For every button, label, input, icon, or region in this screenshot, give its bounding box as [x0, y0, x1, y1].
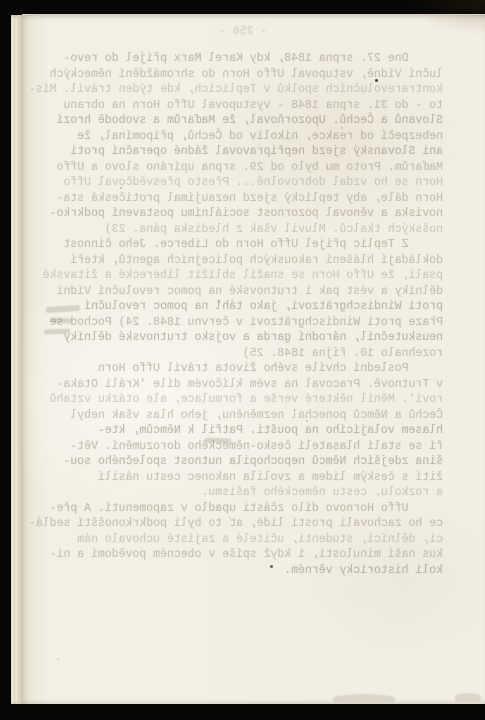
bleed-line: Maďarům. Proto mu bylo od 29. srpna upír…: [43, 160, 443, 176]
bleed-line: dokládají hlášení rakouských policejních…: [43, 253, 443, 269]
ink-speck: [341, 127, 343, 129]
bleed-line: šina zdejších Němců nepochopila nutnost …: [43, 454, 443, 470]
bleed-line: dělníky a vést pak i trutnovské na pomoc…: [43, 284, 443, 300]
ink-speck: [306, 420, 308, 422]
bleed-line: rozehnalo 10. října 1848. 25): [43, 346, 443, 362]
bleed-line: Praze proti Windischgrätzovi v červnu 18…: [43, 315, 443, 331]
bleed-paragraph: Z Teplic přijel Uffo Horn do Liberce. Je…: [43, 237, 443, 361]
bleed-line: koli historicky věrném.: [43, 563, 443, 579]
bleed-line: neuskutečnil, národní garda a vojsko tru…: [43, 330, 443, 346]
bleed-line: žití s českým lidem a zvolila nakonec ce…: [43, 470, 443, 486]
bleed-line: luční Vídně, vstupoval Uffo Horn do shro…: [43, 67, 443, 83]
bleed-line: kontrarevolučních spolků v Teplicích, kd…: [43, 82, 443, 98]
bleed-line: Čechů a Němců ponechal nezměněnu, jeho h…: [43, 408, 443, 424]
ink-speck: [375, 79, 378, 82]
bleed-line: Dne 27. srpna 1848, kdy Karel Marx přije…: [43, 51, 443, 67]
page-bottom-bump: [333, 694, 395, 703]
bleed-line: v Trutnově. Pracoval na svém klíčovém dí…: [43, 377, 443, 393]
bleed-line: kus naší minulosti, i když spíše v obecn…: [43, 547, 443, 563]
bleed-line: ci, dělníci, studenti, učitelé a zajisté…: [43, 532, 443, 548]
bleed-line: to - do 31. srpna 1848 - vystupoval Uffo…: [43, 98, 443, 114]
bleedthrough-text: Dne 27. srpna 1848, kdy Karel Marx přije…: [43, 51, 443, 578]
pencil-smudge: [50, 317, 72, 323]
bleed-line: hlasem volajícího na poušti. Patřil k Ně…: [43, 423, 443, 439]
page-sheet: - 256 - Dne 27. srpna 1848, kdy Karel Ma…: [22, 14, 485, 704]
bleed-line: proti Windischgrätzovi, jako táhl na pom…: [43, 299, 443, 315]
bleed-line: ce ho zachovali prostí lidé, ať to byli …: [43, 516, 443, 532]
ink-speck: [57, 658, 59, 660]
bleed-line: nošských tkalců. Mluvil však z hlediska …: [43, 222, 443, 238]
bleed-line: Horn dále, aby teplický sjezd nezaujímal…: [43, 191, 443, 207]
bleed-line: Z Teplic přijel Uffo Horn do Liberce. Je…: [43, 237, 443, 253]
bleed-line: noviska a věnoval pozornost sociálnímu p…: [43, 206, 443, 222]
ink-speck: [270, 565, 273, 568]
page-bottom-bump: [455, 693, 481, 702]
bleed-line: ří se stali hlasateli česko-německého do…: [43, 439, 443, 455]
bleed-paragraph: Poslední chvíle svého života trávil Uffo…: [43, 361, 443, 501]
bleed-line: psali, že Uffo Horn se snažil sblížit li…: [43, 268, 443, 284]
bleed-line: Slovanů a Čechů. Upozorňoval, že Maďarům…: [43, 113, 443, 129]
ink-speck: [433, 316, 435, 318]
book-page-edge-strip: [11, 15, 22, 704]
bleed-line: Poslední chvíle svého života trávil Uffo…: [43, 361, 443, 377]
bleed-line: nebezpečí od reakce, nikoliv od Čechů, p…: [43, 129, 443, 145]
ink-speck: [218, 301, 220, 303]
bleed-paragraph: Dne 27. srpna 1848, kdy Karel Marx přije…: [43, 51, 443, 237]
bleed-paragraph: Uffo Hornovo dílo zčásti upadlo v zapome…: [43, 501, 443, 579]
pencil-smudge: [205, 438, 231, 444]
bleed-line: Horn se ho vzdal dobrovolně... Přesto př…: [43, 175, 443, 191]
bleed-line: Uffo Hornovo dílo zčásti upadlo v zapome…: [43, 501, 443, 517]
bleed-line: rovi'. Měnil některé verše a formulace, …: [43, 392, 443, 408]
scanner-background: - 256 - Dne 27. srpna 1848, kdy Karel Ma…: [0, 0, 485, 720]
page-number: - 256 -: [43, 25, 443, 38]
bleed-line: a rozkolu, cestu německého fašismu.: [43, 485, 443, 501]
bleed-line: ani Slovanský sjezd nepřipravoval žádné …: [43, 144, 443, 160]
pencil-smudge: [44, 329, 70, 335]
ink-speck: [120, 187, 122, 189]
